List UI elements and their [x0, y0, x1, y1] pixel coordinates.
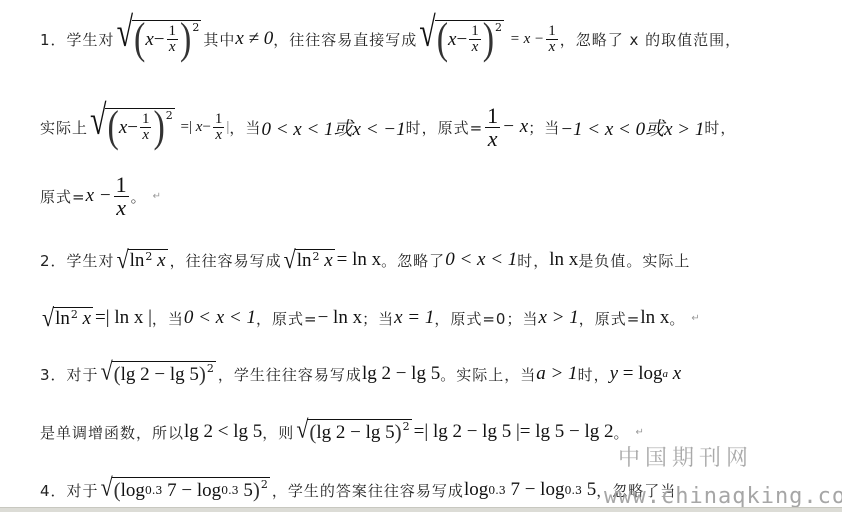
fraction: 1x	[485, 105, 500, 150]
item-1-line-1: 1． 学生对 √ ( x − 1x ) 2 其中 x ≠ 0 ，往往容易直接写成…	[40, 10, 741, 68]
text: 时，	[517, 250, 549, 271]
item-3-line-1: 3． 对于 √ (lg 2 − lg 5)2 ，学生往往容易写成 lg 2 − …	[40, 356, 681, 392]
sqrt-expression: √ ln2 x	[284, 249, 335, 272]
sqrt-expression: √ ( x − 1x ) 2	[90, 108, 175, 147]
item-number: 2．	[40, 250, 67, 271]
text: 是负值。实际上	[578, 250, 690, 271]
text: 学生对	[67, 250, 115, 271]
wrong-answer: lg 2 − lg 5	[362, 363, 440, 385]
fraction: 1x	[213, 112, 225, 143]
item-1-line-3: 原式= x − 1x 。 ↵	[40, 166, 161, 226]
text: ，当	[229, 117, 261, 138]
fraction: 1x	[114, 174, 129, 219]
item-2-line-2: √ ln2 x =| ln x | ，当 0 < x < 1 ，原式= − ln…	[40, 302, 700, 334]
text: ，往往容易写成	[170, 250, 282, 271]
text: 。忽略了	[381, 250, 445, 271]
text: ；当	[528, 117, 560, 138]
item-number: 3．	[40, 364, 67, 385]
item-2-line-1: 2． 学生对 √ ln2 x ，往往容易写成 √ ln2 x = ln x 。忽…	[40, 244, 690, 276]
watermark-cn: 中国期刊网	[618, 441, 753, 472]
item-3-line-2: 是单调增函数，所以 lg 2 < lg 5 ，则 √ (lg 2 − lg 5)…	[40, 414, 644, 450]
condition: x ≠ 0	[235, 28, 273, 50]
item-number: 4．	[40, 480, 67, 501]
text: 其中	[203, 29, 235, 50]
watermark-url: www.chinaqking.com	[604, 484, 842, 509]
radical-sign: √	[117, 12, 133, 67]
bottom-border	[0, 507, 842, 512]
sqrt-expression: √ ( x − 1x ) 2	[117, 20, 202, 59]
text: 学生对	[67, 29, 115, 50]
paragraph-mark-icon: ↵	[691, 313, 699, 324]
text: ，往往容易直接写成	[273, 29, 417, 50]
sqrt-expression: √ (lg 2 − lg 5)2	[101, 361, 216, 387]
paragraph-mark-icon: ↵	[636, 427, 644, 438]
sqrt-expression: √ ln2 x	[117, 249, 168, 272]
text: 时，	[704, 117, 736, 138]
item-4-line-1: 4． 对于 √ (log0.3 7 − log0.3 5)2 ，学生的答案往往容…	[40, 472, 676, 508]
item-1-line-2: 实际上 √ ( x − 1x ) 2 =| x − 1x | ，当 0 < x …	[40, 96, 736, 158]
range: 0 < x < 1或x < −1	[261, 114, 405, 141]
item-number: 1．	[40, 29, 67, 50]
sqrt-expression: √ ( x − 1x ) 2	[419, 20, 504, 59]
fraction: 1x	[546, 24, 558, 55]
text: 实际上	[40, 117, 88, 138]
paragraph-mark-icon: ↵	[153, 191, 161, 202]
sqrt-expression: √ ln2 x	[42, 307, 93, 330]
sqrt-expression: √ (lg 2 − lg 5)2	[296, 419, 411, 445]
wrong-answer: = ln x	[337, 249, 382, 271]
equals-x-minus: = x −	[506, 31, 544, 48]
text: 忽略了 x 的取值范围，	[576, 29, 741, 50]
sqrt-expression: √ (log0.3 7 − log0.3 5)2	[101, 477, 270, 503]
text: 。	[131, 186, 147, 207]
text: 原式=	[40, 186, 86, 207]
range: 0 < x < 1	[445, 249, 517, 271]
fraction: 1x	[167, 24, 179, 55]
range: −1 < x < 0或x > 1	[560, 114, 704, 141]
text: 时，原式=	[406, 117, 484, 138]
